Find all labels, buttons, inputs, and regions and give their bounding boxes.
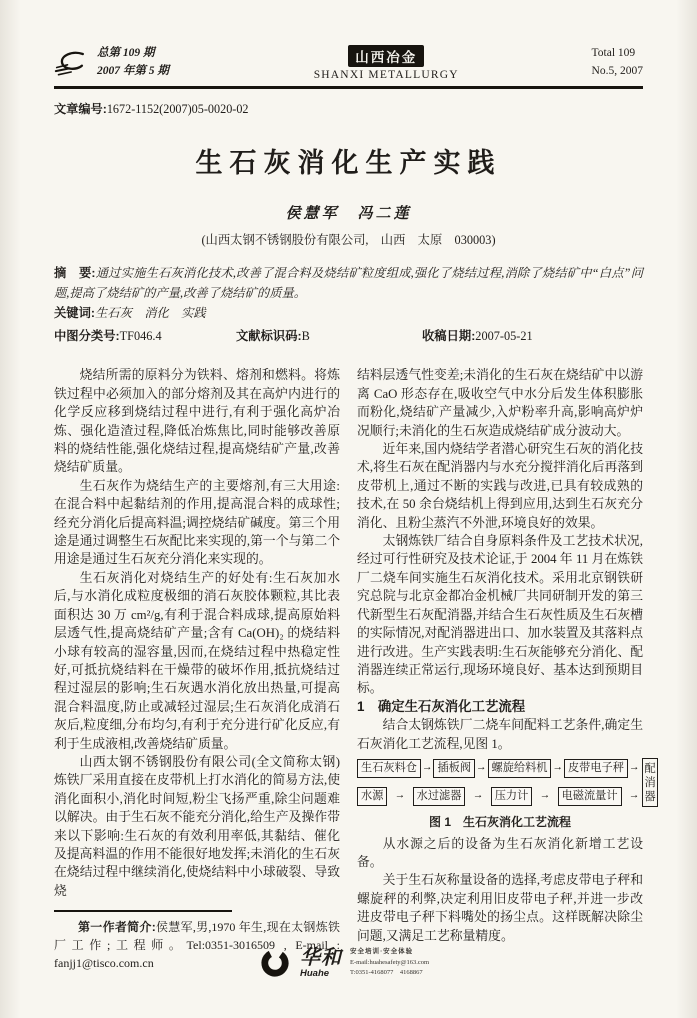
- section-1-heading: 1 确定生石灰消化工艺流程: [357, 698, 643, 716]
- flow-box-pressure-gauge: 压力计: [491, 787, 533, 806]
- keywords-text: 生石灰 消化 实践: [95, 306, 206, 320]
- flow-box-belt-scale: 皮带电子秤: [564, 759, 628, 778]
- publisher-name-en: Huahe: [300, 969, 342, 979]
- issue-year: 2007 年第 5 期: [97, 63, 169, 81]
- authors: 侯慧军 冯二莲: [54, 202, 643, 223]
- figure-1-flow-diagram: 生石灰料仓 → 插板阀 → 螺旋给料机 → 皮带电子秤 → 水源 →: [357, 758, 643, 832]
- right-column: 结料层透气性变差;未消化的生石灰在烧结矿中以游离 CaO 形态存在,吸收空气中水…: [357, 366, 643, 972]
- publisher-tagline: 安全培训·安全体验: [350, 947, 429, 957]
- journal-page: 总第 109 期 2007 年第 5 期 山西冶金 SHANXI METALLU…: [0, 0, 697, 1018]
- flow-box-flow-meter: 电磁流量计: [558, 787, 622, 806]
- flow-rows: 生石灰料仓 → 插板阀 → 螺旋给料机 → 皮带电子秤 → 水源 →: [357, 758, 640, 807]
- total-number: Total 109: [592, 44, 643, 62]
- keywords-label: 关键词:: [54, 306, 95, 320]
- flow-arrow-icon: →: [394, 787, 407, 805]
- paragraph: 关于生石灰称量设备的选择,考虑皮带电子秤和螺旋秤的利弊,决定利用旧皮带电子秤,并…: [357, 871, 643, 945]
- journal-name-cn: 山西冶金: [348, 45, 424, 67]
- flow-row-lime: 生石灰料仓 → 插板阀 → 螺旋给料机 → 皮带电子秤 →: [357, 759, 640, 778]
- journal-title-block: 山西冶金 SHANXI METALLURGY: [314, 45, 459, 81]
- page-title: 生石灰消化生产实践: [54, 141, 643, 180]
- clc-item: 中图分类号:TF046.4: [54, 327, 236, 347]
- flow-diagram: 生石灰料仓 → 插板阀 → 螺旋给料机 → 皮带电子秤 → 水源 →: [357, 758, 643, 807]
- clc-label: 中图分类号:: [54, 329, 120, 343]
- keywords-line: 关键词:生石灰 消化 实践: [54, 304, 643, 324]
- received-value: 2007-05-21: [475, 329, 532, 343]
- flow-box-slaker: 配消器: [642, 758, 657, 807]
- flow-arrow-icon: →: [539, 787, 552, 805]
- journal-name-en: SHANXI METALLURGY: [314, 69, 459, 81]
- publisher-tel: T:0351-4168077 4168867: [350, 968, 429, 978]
- header-total-block: Total 109 No.5, 2007: [592, 44, 643, 81]
- abstract-text: 通过实施生石灰消化技术,改善了混合料及烧结矿粒度组成,强化了烧结过程,消除了烧结…: [54, 266, 643, 300]
- doc-code-item: 文献标识码:B: [236, 327, 422, 347]
- footnote-divider: [54, 910, 232, 912]
- doc-code-label: 文献标识码:: [236, 329, 302, 343]
- huahe-logo-icon: [258, 946, 292, 980]
- header-issue-block: 总第 109 期 2007 年第 5 期: [54, 45, 169, 81]
- received-label: 收稿日期:: [422, 329, 475, 343]
- publisher-contact: 安全培训·安全体验 E-mail:huahesafety@163.com T:0…: [350, 947, 429, 978]
- flow-arrow-icon: →: [475, 759, 488, 777]
- flow-arrow-icon: →: [628, 787, 641, 805]
- paragraph: 近年来,国内烧结学者潜心研究生石灰的消化技术,将生石灰在配消器内与水充分搅拌消化…: [357, 440, 643, 532]
- article-number-label: 文章编号:: [54, 102, 107, 116]
- paragraph: 烧结所需的原料分为铁料、熔剂和燃料。将炼铁过程中必须加入的部分熔剂及其在高炉内进…: [54, 366, 340, 476]
- flow-box-water-filter: 水过滤器: [413, 787, 466, 806]
- abstract-label: 摘 要:: [54, 266, 96, 280]
- journal-header: 总第 109 期 2007 年第 5 期 山西冶金 SHANXI METALLU…: [54, 44, 643, 89]
- meta-row: 中图分类号:TF046.4 文献标识码:B 收稿日期:2007-05-21: [54, 327, 643, 347]
- affiliation: (山西太钢不锈钢股份有限公司, 山西 太原 030003): [54, 230, 643, 248]
- paragraph-continuation: 结料层透气性变差;未消化的生石灰在烧结矿中以游离 CaO 形态存在,吸收空气中水…: [357, 366, 643, 440]
- flow-arrow-icon: →: [551, 759, 564, 777]
- abstract-block: 摘 要:通过实施生石灰消化技术,改善了混合料及烧结矿粒度组成,强化了烧结过程,消…: [54, 264, 643, 347]
- received-item: 收稿日期:2007-05-21: [422, 327, 643, 347]
- article-number-value: 1672-1152(2007)05-0020-02: [107, 102, 249, 116]
- flow-row-water: 水源 → 水过滤器 → 压力计 → 电磁流量计 →: [357, 787, 640, 806]
- journal-logo-icon: [54, 49, 90, 77]
- flow-arrow-icon: →: [421, 759, 434, 777]
- issue-number: 总第 109 期: [97, 45, 169, 63]
- publisher-name: 华和 Huahe: [300, 948, 342, 979]
- paragraph: 生石灰作为烧结生产的主要熔剂,有三大用途:在混合料中起黏结剂的作用,提高混合料的…: [54, 477, 340, 569]
- paragraph: 生石灰消化对烧结生产的好处有:生石灰加水后,与水消化成粒度极细的消石灰胶体颗粒,…: [54, 569, 340, 753]
- doc-code-value: B: [302, 329, 310, 343]
- clc-value: TF046.4: [120, 329, 162, 343]
- publisher-email: E-mail:huahesafety@163.com: [350, 958, 429, 968]
- publisher-stamp: 华和 Huahe 安全培训·安全体验 E-mail:huahesafety@16…: [258, 946, 429, 980]
- flow-box-lime-bunker: 生石灰料仓: [357, 759, 421, 778]
- flow-box-screw-feeder: 螺旋给料机: [488, 759, 552, 778]
- flow-box-gate-valve: 插板阀: [433, 759, 475, 778]
- paragraph: 从水源之后的设备为生石灰消化新增工艺设备。: [357, 835, 643, 872]
- abstract-paragraph: 摘 要:通过实施生石灰消化技术,改善了混合料及烧结矿粒度组成,强化了烧结过程,消…: [54, 264, 643, 304]
- paragraph: 山西太钢不锈钢股份有限公司(全文简称太钢)炼铁厂采用直接在皮带机上打水消化的简易…: [54, 753, 340, 900]
- footnote-label: 第一作者简介:: [78, 920, 156, 934]
- body-columns: 烧结所需的原料分为铁料、熔剂和燃料。将炼铁过程中必须加入的部分熔剂及其在高炉内进…: [54, 366, 643, 972]
- issue-number-en: No.5, 2007: [592, 62, 643, 80]
- paragraph: 结合太钢炼铁厂二烧车间配料工艺条件,确定生石灰消化工艺流程,见图 1。: [357, 716, 643, 753]
- publisher-name-cn: 华和: [300, 948, 342, 968]
- flow-arrow-icon: →: [628, 759, 641, 777]
- flow-box-water-source: 水源: [357, 787, 387, 806]
- left-column: 烧结所需的原料分为铁料、熔剂和燃料。将炼铁过程中必须加入的部分熔剂及其在高炉内进…: [54, 366, 340, 972]
- paragraph: 太钢炼铁厂结合自身原料条件及工艺技术状况,经过可行性研究及技术论证,于 2004…: [357, 532, 643, 698]
- flow-arrow-icon: →: [472, 787, 485, 805]
- issue-info: 总第 109 期 2007 年第 5 期: [97, 45, 169, 81]
- figure-1-caption: 图 1 生石灰消化工艺流程: [357, 813, 643, 831]
- article-number-line: 文章编号:1672-1152(2007)05-0020-02: [54, 100, 643, 117]
